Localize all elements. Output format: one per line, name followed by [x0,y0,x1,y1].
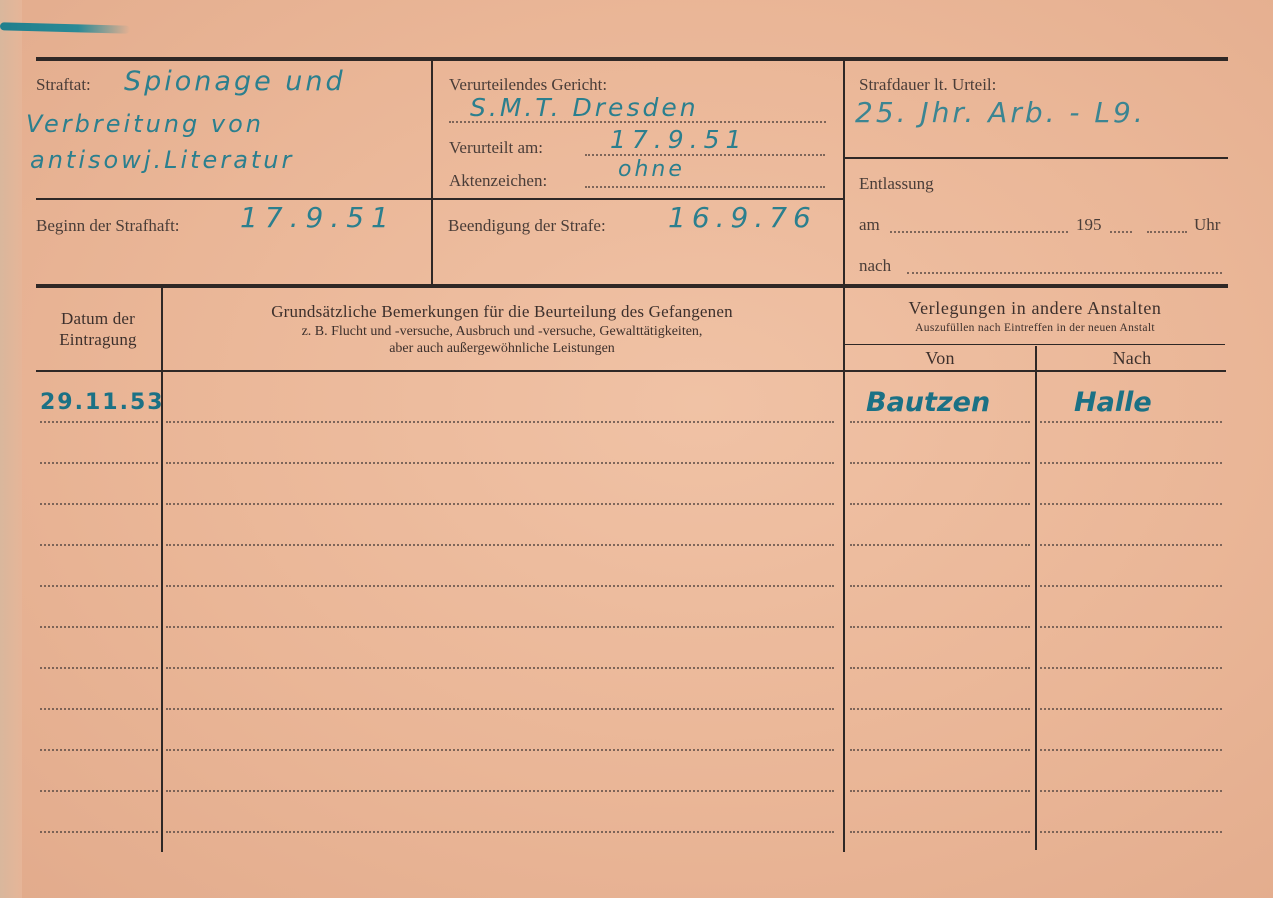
row-dotted-line-remarks [166,503,834,505]
col-remarks-title: Grundsätzliche Bemerkungen für die Beurt… [163,301,841,323]
row-dotted-line-date [40,503,158,505]
sentence-length-value: 25. Jhr. Arb. - L9. [855,96,1146,129]
row-dotted-line-date [40,544,158,546]
row-dotted-line-from [850,503,1030,505]
release-nach-label: nach [859,256,891,276]
row-dotted-line-to [1040,831,1222,833]
court-label: Verurteilendes Gericht: [449,75,607,95]
row-dotted-line-to [1040,503,1222,505]
col-remarks-header: Grundsätzliche Bemerkungen für die Beurt… [163,301,841,357]
row-dotted-line-date [40,585,158,587]
offense-value-line1: Spionage und [124,66,346,97]
row-dotted-line-date [40,708,158,710]
end-value: 16.9.76 [668,201,817,234]
row-dotted-line-remarks [166,626,834,628]
row-dotted-line-date [40,749,158,751]
row-dotted-line-from [850,749,1030,751]
row-dotted-line-date [40,667,158,669]
row-dotted-line-to [1040,544,1222,546]
row-dotted-line-remarks [166,544,834,546]
row-dotted-line-to [1040,462,1222,464]
row-dotted-line-from [850,544,1030,546]
row-dotted-line-remarks [166,749,834,751]
divider-col2 [843,60,845,852]
row-dotted-line-remarks [166,831,834,833]
court-dotted-line [449,121,826,123]
col-from-header: Von [845,348,1035,369]
col-remarks-sub2: aber auch außergewöhnliche Leistungen [163,340,841,357]
col-transfers-title: Verlegungen in andere Anstalten [845,296,1225,320]
row-dotted-line-from [850,790,1030,792]
row-dotted-line-date [40,790,158,792]
file-number-dotted-line [585,186,825,188]
divider-col1 [431,60,433,286]
row-to: Halle [1074,387,1152,418]
release-title: Entlassung [859,174,934,194]
row-dotted-line-from [850,585,1030,587]
table-divider-von-nach [1035,346,1037,850]
row-dotted-line-from [850,667,1030,669]
sentence-length-label: Strafdauer lt. Urteil: [859,75,996,95]
court-value: S.M.T. Dresden [470,93,699,122]
end-label: Beendigung der Strafe: [448,216,606,236]
col-date-header-line2: Eintragung [36,329,160,350]
row-dotted-line-to [1040,626,1222,628]
row-dotted-line-remarks [166,462,834,464]
row-from: Bautzen [866,387,990,418]
row-dotted-line-to [1040,667,1222,669]
row-dotted-line-from [850,626,1030,628]
col-to-header: Nach [1037,348,1227,369]
file-number-label: Aktenzeichen: [449,171,547,191]
row-dotted-line-to [1040,421,1222,423]
table-divider-date [161,288,163,852]
row-dotted-line-to [1040,790,1222,792]
row-dotted-line-date [40,831,158,833]
top-rule [36,57,1228,61]
row-dotted-line-from [850,421,1030,423]
offense-value-line2: Verbreitung von [26,110,264,138]
row-dotted-line-date [40,462,158,464]
card-edge [0,0,22,898]
sentenced-on-label: Verurteilt am: [449,138,543,158]
row-dotted-line-from [850,708,1030,710]
row-dotted-line-date [40,626,158,628]
release-destination-dotted-line [907,272,1222,274]
col-transfers-header: Verlegungen in andere Anstalten Auszufül… [845,296,1225,336]
top-section-bottom-rule [36,284,1228,288]
release-time-dotted-line [1147,231,1187,233]
sentenced-on-value: 17.9.51 [610,125,747,154]
release-time-label: Uhr [1194,215,1220,235]
row-date: 29.11.53 [40,390,165,415]
offense-value-line3: antisowj.Literatur [30,146,294,174]
transfers-subheader-rule [845,344,1225,345]
offense-label: Straftat: [36,75,91,95]
col-transfers-subtitle: Auszufüllen nach Eintreffen in der neuen… [845,320,1225,336]
release-year-dotted-line [1110,231,1132,233]
row-dotted-line-date [40,421,158,423]
release-year-prefix: 195 [1076,215,1102,235]
col-date-header: Datum der Eintragung [36,308,160,350]
row-dotted-line-remarks [166,708,834,710]
row-dotted-line-to [1040,585,1222,587]
start-label: Beginn der Strafhaft: [36,216,180,236]
divider-offense-row [36,198,844,200]
start-value: 17.9.51 [240,201,396,234]
release-am-label: am [859,215,880,235]
row-dotted-line-to [1040,749,1222,751]
row-dotted-line-to [1040,708,1222,710]
row-dotted-line-from [850,462,1030,464]
file-number-value: ohne [618,157,685,182]
release-date-dotted-line [890,231,1068,233]
row-dotted-line-from [850,831,1030,833]
col-date-header-line1: Datum der [36,308,160,329]
row-dotted-line-remarks [166,667,834,669]
sentenced-on-dotted-line [585,154,825,156]
col-remarks-sub1: z. B. Flucht und -versuche, Ausbruch und… [163,323,841,340]
table-header-bottom-rule [36,370,1226,372]
row-dotted-line-remarks [166,790,834,792]
row-dotted-line-remarks [166,421,834,423]
divider-sentence-length [844,157,1228,159]
row-dotted-line-remarks [166,585,834,587]
